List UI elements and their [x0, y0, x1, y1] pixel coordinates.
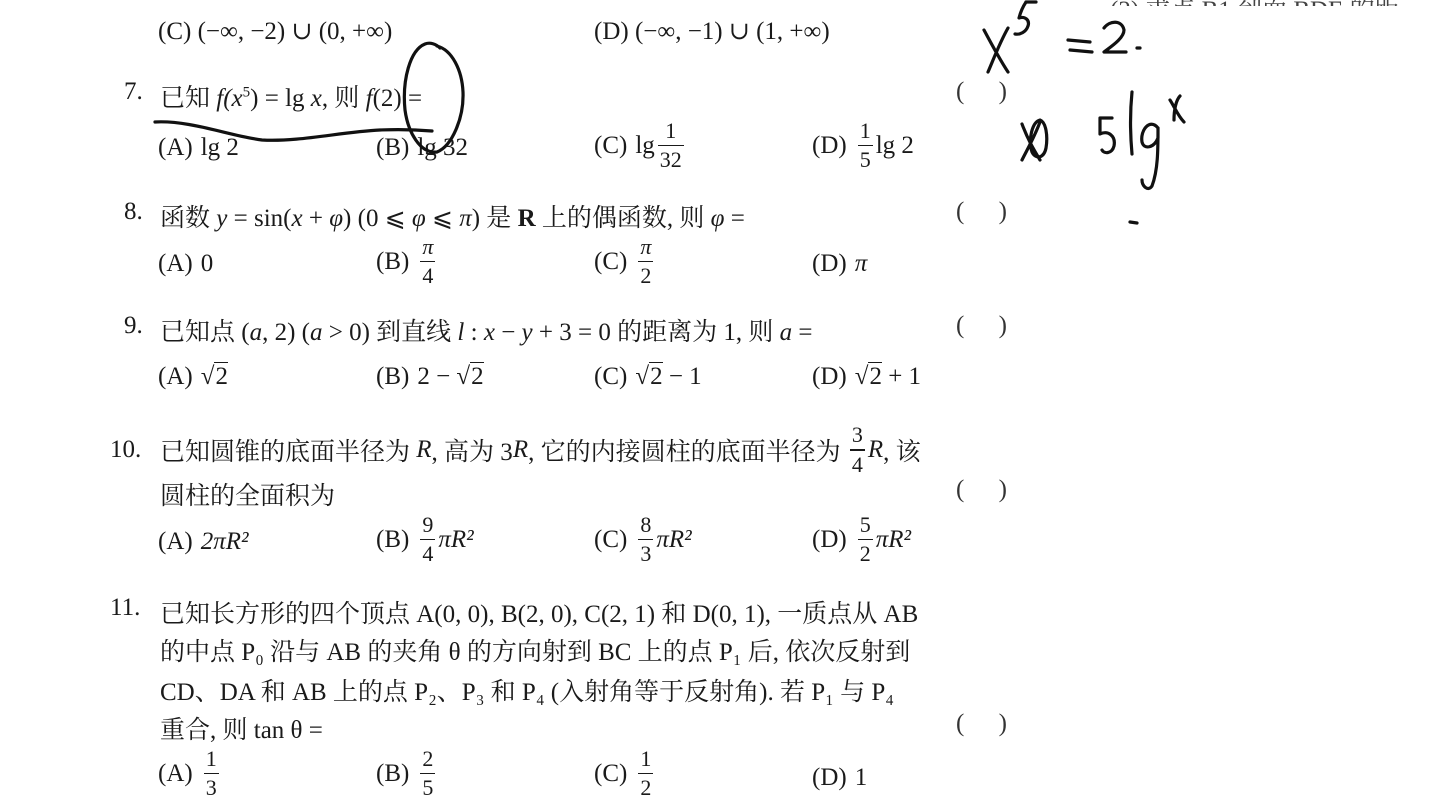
question-stem-line-1: 已知圆锥的底面半径为 R, 高为 3R, 它的内接圆柱的底面半径为 34R, 该 [160, 420, 921, 480]
stem-var: x [291, 205, 302, 232]
stem-text: 已知 [160, 85, 216, 112]
stem-var: φ [412, 205, 426, 232]
sqrt-sign: √ [855, 363, 869, 391]
stem-text: , 高为 3 [432, 432, 513, 468]
stem-var: a [310, 319, 323, 346]
option-value: 1 [855, 764, 868, 792]
fraction: 15 [858, 120, 873, 171]
fraction-bar [858, 145, 873, 146]
answer-blank[interactable]: ( ) [956, 78, 1021, 106]
radicand: 2 [470, 362, 484, 391]
stem-text: = [792, 319, 812, 346]
hand-l-stroke [1131, 92, 1133, 154]
fraction-bar [858, 539, 873, 540]
denominator: 5 [858, 149, 873, 171]
stem-text: , 则 [322, 85, 366, 112]
option-suffix: πR² [876, 526, 911, 554]
fraction-bar [638, 539, 653, 540]
fraction-bar [850, 449, 865, 450]
denominator: 2 [638, 777, 653, 799]
stem-text: , 它的内接圆柱的底面半径为 [528, 432, 847, 468]
hand-5-stroke [1100, 118, 1114, 153]
hand-2-stroke [1104, 22, 1126, 52]
numerator: 9 [420, 514, 435, 536]
stem-text: = [724, 205, 744, 232]
option-suffix: lg 2 [876, 132, 914, 160]
stem-var: R [868, 436, 883, 464]
sqrt-sign: √ [201, 363, 215, 391]
option-d[interactable]: (D) 1 [812, 764, 867, 792]
numerator: 3 [850, 424, 865, 446]
option-label: (A) [158, 760, 193, 788]
fraction: π2 [638, 236, 653, 287]
question-number: 8. [124, 198, 143, 226]
option-suffix: + 1 [882, 363, 921, 391]
stem-text: 已知点 ( [160, 319, 250, 346]
fraction-bar [658, 145, 684, 146]
option-b[interactable]: (B) lg 32 [376, 134, 468, 162]
answer-blank[interactable]: ( ) [956, 476, 1021, 504]
denominator: 32 [658, 149, 684, 171]
option-label: (C) [594, 132, 627, 160]
fraction-bar [638, 773, 653, 774]
option-a[interactable]: (A) 0 [158, 250, 213, 278]
option-a[interactable]: (A) lg 2 [158, 134, 239, 162]
stem-text: , 2) ( [262, 319, 310, 346]
option-value: π [855, 250, 868, 278]
option-c[interactable]: (C) √2 − 1 [594, 362, 702, 391]
option-d[interactable]: (D) π [812, 250, 867, 278]
prev-option-d[interactable]: (D) (−∞, −1) ∪ (1, +∞) [594, 16, 830, 46]
option-value: lg 32 [417, 134, 468, 162]
question-stem: 已知 f(x5) = lg x, 则 f(2) = [160, 78, 422, 114]
question-stem-line-2: 的中点 P₀ 沿与 AB 的夹角 θ 的方向射到 BC 上的点 P₁ 后, 依次… [160, 632, 910, 668]
numerator: 5 [858, 514, 873, 536]
option-label: (D) [812, 132, 847, 160]
stem-text: 函数 [160, 205, 216, 232]
hand-g-stroke [1142, 124, 1158, 188]
fraction-bar [420, 261, 435, 262]
numerator: π [638, 236, 653, 258]
fraction: 12 [638, 748, 653, 799]
option-label: (A) [158, 363, 193, 391]
radicand: 2 [868, 362, 882, 391]
fraction: 25 [420, 748, 435, 799]
answer-blank[interactable]: ( ) [956, 710, 1021, 738]
question-number: 11. [110, 594, 140, 622]
option-label: (D) [812, 764, 847, 792]
stem-var: a [780, 319, 793, 346]
hand-scribble [1022, 122, 1040, 160]
question-stem-line-2: 圆柱的全面积为 [160, 476, 335, 512]
question-number: 9. [124, 312, 143, 340]
option-d[interactable]: (D) √2 + 1 [812, 362, 921, 391]
stem-text: (x [223, 85, 242, 112]
hand-x-stroke [984, 30, 1008, 72]
fraction-bar [420, 539, 435, 540]
stem-var: φ [329, 205, 343, 232]
option-b[interactable]: (B) π4 [376, 236, 438, 287]
fraction-bar [204, 773, 219, 774]
option-b[interactable]: (B) 25 [376, 748, 438, 799]
option-a[interactable]: (A) 13 [158, 748, 222, 799]
sqrt-sign: √ [635, 363, 649, 391]
option-label: (B) [376, 760, 409, 788]
clipped-header-text: (2) 求点 B1 到面 BDE 的距 [1110, 0, 1440, 6]
option-label: (A) [158, 134, 193, 162]
option-b[interactable]: (B) 2 − √2 [376, 362, 484, 391]
denominator: 2 [638, 265, 653, 287]
stem-text: = sin( [227, 205, 291, 232]
stem-var: y [216, 205, 227, 232]
option-suffix: πR² [656, 526, 691, 554]
option-label: (B) [376, 363, 409, 391]
option-value: 0 [201, 250, 214, 278]
hand-dash [1130, 222, 1137, 223]
option-label: (C) [594, 363, 627, 391]
denominator: 3 [204, 777, 219, 799]
option-c[interactable]: (C) π2 [594, 236, 656, 287]
stem-text: ⩽ [426, 205, 459, 232]
denominator: 5 [420, 777, 435, 799]
hand-x-sup [1170, 96, 1184, 122]
option-c[interactable]: (C) 83 πR² [594, 514, 692, 565]
option-label: (D) [812, 363, 847, 391]
stem-text: ) 是 [472, 205, 518, 232]
stem-text: (2) = [373, 85, 423, 112]
option-label: (B) [376, 526, 409, 554]
stem-var: a [250, 319, 263, 346]
stem-var: x [484, 319, 495, 346]
option-value: 2πR² [201, 528, 249, 556]
option-prefix: lg [635, 132, 654, 160]
stem-set: R [518, 205, 536, 232]
stem-var: φ [711, 205, 725, 232]
numerator: 1 [204, 748, 219, 770]
denominator: 2 [858, 543, 873, 565]
option-label: (D) [812, 250, 847, 278]
numerator: 1 [638, 748, 653, 770]
stem-text: , 该 [883, 432, 921, 468]
option-label: (B) [376, 134, 409, 162]
stem-var: y [522, 319, 533, 346]
stem-var: R [513, 436, 528, 464]
question-stem: 已知点 (a, 2) (a > 0) 到直线 l : x − y + 3 = 0… [160, 312, 812, 348]
numerator: 1 [858, 120, 873, 142]
option-label: (B) [376, 248, 409, 276]
fraction: 13 [204, 748, 219, 799]
stem-text: + 3 = 0 的距离为 1, 则 [533, 319, 780, 346]
stem-text: 已知圆锥的底面半径为 [160, 432, 416, 468]
numerator: π [420, 236, 435, 258]
fraction-bar [420, 773, 435, 774]
question-stem-line-4: 重合, 则 tan θ = [160, 710, 323, 746]
option-label: (C) [594, 526, 627, 554]
option-b[interactable]: (B) 94 πR² [376, 514, 474, 565]
option-d[interactable]: (D) 15 lg 2 [812, 120, 914, 171]
stem-var: π [459, 205, 472, 232]
answer-blank[interactable]: ( ) [956, 198, 1021, 226]
option-d[interactable]: (D) 52 πR² [812, 514, 911, 565]
option-label: (C) [594, 248, 627, 276]
clipped-text: (2) 求点 B1 到面 BDE 的距 [1110, 0, 1400, 6]
stem-text: ) (0 ⩽ [343, 205, 412, 232]
stem-text: 上的偶函数, 则 [536, 205, 711, 232]
hand-eq-2 [1070, 50, 1092, 52]
option-value: lg 2 [201, 134, 239, 162]
denominator: 4 [420, 265, 435, 287]
fraction: 132 [658, 120, 684, 171]
stem-text: ) = lg [250, 85, 311, 112]
numerator: 1 [663, 120, 678, 142]
hand-eq-1 [1068, 40, 1090, 42]
fraction: 83 [638, 514, 653, 565]
numerator: 8 [638, 514, 653, 536]
fraction: 34 [850, 424, 865, 475]
radicand: 2 [214, 362, 228, 391]
radicand: 2 [649, 362, 663, 391]
fraction-bar [638, 261, 653, 262]
stem-var: x [311, 85, 322, 112]
stem-var: R [416, 436, 431, 464]
stem-text: : [464, 319, 483, 346]
stem-text: − [495, 319, 522, 346]
question-number: 10. [110, 436, 141, 464]
option-a[interactable]: (A) 2πR² [158, 528, 249, 556]
hand-5-stroke [1015, 2, 1028, 34]
hand-scribble-circle [1030, 120, 1046, 157]
denominator: 4 [850, 454, 865, 476]
option-label: (A) [158, 528, 193, 556]
stem-text: + [303, 205, 330, 232]
answer-blank[interactable]: ( ) [956, 312, 1021, 340]
option-label: (A) [158, 250, 193, 278]
option-c[interactable]: (C) lg 132 [594, 120, 687, 171]
option-label: (D) [812, 526, 847, 554]
question-number: 7. [124, 78, 143, 106]
stem-text: > 0) 到直线 [322, 319, 457, 346]
option-suffix: πR² [438, 526, 473, 554]
denominator: 4 [420, 543, 435, 565]
question-stem: 函数 y = sin(x + φ) (0 ⩽ φ ⩽ π) 是 R 上的偶函数,… [160, 198, 745, 234]
fraction: 94 [420, 514, 435, 565]
hand-x-stroke [988, 28, 1008, 72]
option-c[interactable]: (C) 12 [594, 748, 656, 799]
option-suffix: − 1 [663, 363, 702, 391]
fraction: π4 [420, 236, 435, 287]
sqrt-sign: 2 − √ [417, 363, 470, 391]
denominator: 3 [638, 543, 653, 565]
option-a[interactable]: (A) √2 [158, 362, 228, 391]
question-stem-line-3: CD、DA 和 AB 上的点 P₂、P₃ 和 P₄ (入射角等于反射角). 若 … [160, 672, 894, 708]
question-stem-line-1: 已知长方形的四个顶点 A(0, 0), B(2, 0), C(2, 1) 和 D… [160, 594, 918, 630]
stem-var: f [366, 85, 373, 112]
prev-option-c[interactable]: (C) (−∞, −2) ∪ (0, +∞) [158, 16, 392, 46]
numerator: 2 [420, 748, 435, 770]
option-label: (C) [594, 760, 627, 788]
fraction: 52 [858, 514, 873, 565]
